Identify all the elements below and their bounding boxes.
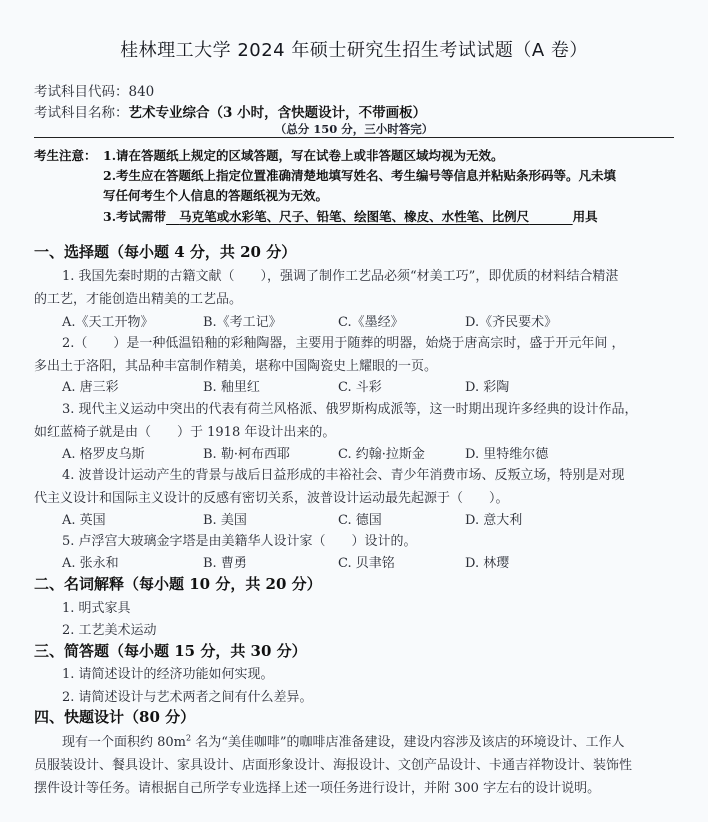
q2-option-a: A. 唐三彩 bbox=[62, 376, 119, 395]
q2-option-c: C. 斗彩 bbox=[338, 376, 382, 395]
exam-title: 桂林理工大学 2024 年硕士研究生招生考试试题（A 卷） bbox=[0, 36, 708, 62]
q5-line-1: 5. 卢浮宫大玻璃金字塔是由美籍华人设计家（ ）设计的。 bbox=[62, 530, 417, 549]
notice-item-3: 3.考试需带 马克笔或水彩笔、尺子、铅笔、绘图笔、橡皮、水性笔、比例尺 用具 bbox=[103, 207, 598, 225]
notice-item-2-cont: 写任何考生个人信息的答题纸视为无效。 bbox=[103, 186, 328, 204]
q1-line-1: 1. 我国先秦时期的古籍文献（ ），强调了制作工艺品必须“材美工巧”，即优质的材… bbox=[62, 265, 618, 284]
s4-paragraph-line-3: 摆件设计等任务。请根据自己所学专业选择上述一项任务进行设计，并附 300 字左右… bbox=[34, 777, 600, 796]
notice-label: 考生注意： bbox=[34, 146, 97, 164]
total-score-note: （总分 150 分，三小时答完） bbox=[0, 121, 708, 137]
q4-line-1: 4. 波普设计运动产生的背景与战后日益形成的丰裕社会、青少年消费市场、反叛立场，… bbox=[62, 464, 625, 483]
s3-item-2: 2. 请简述设计与艺术两者之间有什么差异。 bbox=[62, 686, 313, 705]
subject-name-label: 考试科目名称： bbox=[34, 105, 129, 121]
q5-option-b: B. 曹勇 bbox=[203, 552, 247, 571]
q1-line-2: 的工艺，才能创造出精美的工艺品。 bbox=[34, 288, 242, 307]
notice-item-1: 1.请在答题纸上规定的区域答题，写在试卷上或非答题区域均视为无效。 bbox=[103, 146, 504, 164]
q1-option-d: D.《齐民要术》 bbox=[465, 311, 557, 330]
s4-paragraph-line-2: 员服装设计、餐具设计、家具设计、店面形象设计、海报设计、文创产品设计、卡通吉祥物… bbox=[34, 754, 632, 773]
required-tools: 马克笔或水彩笔、尺子、铅笔、绘图笔、橡皮、水性笔、比例尺 bbox=[166, 209, 573, 224]
subject-code-label: 考试科目代码： bbox=[34, 84, 129, 100]
q3-option-c: C. 约翰·拉斯金 bbox=[338, 443, 425, 462]
q2-line-1: 2.（ ）是一种低温铅釉的彩釉陶器，主要用于随葬的明器，始烧于唐高宗时，盛于开元… bbox=[62, 332, 625, 351]
q3-line-2: 如红蓝椅子就是由（ ）于 1918 年设计出来的。 bbox=[34, 421, 335, 440]
q5-option-a: A. 张永和 bbox=[62, 552, 119, 571]
q4-option-d: D. 意大利 bbox=[465, 509, 522, 528]
subject-name: 艺术专业综合（3 小时，含快题设计，不带画板） bbox=[129, 105, 427, 121]
q3-line-1: 3. 现代主义运动中突出的代表有荷兰风格派、俄罗斯构成派等，这一时期出现许多经典… bbox=[62, 398, 638, 417]
section-4-heading: 四、快题设计（80 分） bbox=[34, 706, 195, 727]
q4-option-a: A. 英国 bbox=[62, 509, 106, 528]
q1-option-b: B.《考工记》 bbox=[203, 311, 282, 330]
q2-option-b: B. 釉里红 bbox=[203, 376, 260, 395]
q1-option-c: C.《墨经》 bbox=[338, 311, 404, 330]
section-2-heading: 二、名词解释（每小题 10 分，共 20 分） bbox=[34, 573, 322, 594]
q5-option-c: C. 贝聿铭 bbox=[338, 552, 395, 571]
q2-line-2: 多出土于洛阳，其品种丰富制作精美，堪称中国陶瓷史上耀眼的一页。 bbox=[34, 355, 437, 374]
q3-option-d: D. 里特维尔德 bbox=[465, 443, 548, 462]
s2-item-2: 2. 工艺美术运动 bbox=[62, 619, 157, 638]
section-3-heading: 三、简答题（每小题 15 分，共 30 分） bbox=[34, 640, 307, 661]
q3-option-b: B. 勒·柯布西耶 bbox=[203, 443, 290, 462]
s4-paragraph-line-1: 现有一个面积约 80m2 名为“美佳咖啡”的咖啡店准备建设，建设内容涉及该店的环… bbox=[62, 731, 625, 750]
q2-option-d: D. 彩陶 bbox=[465, 376, 509, 395]
section-1-heading: 一、选择题（每小题 4 分，共 20 分） bbox=[34, 241, 296, 262]
s2-item-1: 1. 明式家具 bbox=[62, 597, 131, 616]
q4-line-2: 代主义设计和国际主义设计的反感有密切关系，波普设计运动最先起源于（ ）。 bbox=[34, 487, 509, 506]
divider bbox=[34, 137, 674, 138]
q5-option-d: D. 林璎 bbox=[465, 552, 509, 571]
q3-option-a: A. 格罗皮乌斯 bbox=[62, 443, 145, 462]
subject-code-line: 考试科目代码：840 bbox=[34, 80, 154, 100]
subject-code: 840 bbox=[129, 84, 155, 100]
q4-option-c: C. 德国 bbox=[338, 509, 382, 528]
q4-option-b: B. 美国 bbox=[203, 509, 247, 528]
subject-name-line: 考试科目名称：艺术专业综合（3 小时，含快题设计，不带画板） bbox=[34, 101, 426, 121]
q1-option-a: A.《天工开物》 bbox=[62, 311, 154, 330]
notice-item-2: 2.考生应在答题纸上指定位置准确清楚地填写姓名、考生编号等信息并粘贴条形码等。凡… bbox=[103, 166, 616, 184]
s3-item-1: 1. 请简述设计的经济功能如何实现。 bbox=[62, 663, 274, 682]
exam-page: 桂林理工大学 2024 年硕士研究生招生考试试题（A 卷） 考试科目代码：840… bbox=[0, 0, 708, 822]
